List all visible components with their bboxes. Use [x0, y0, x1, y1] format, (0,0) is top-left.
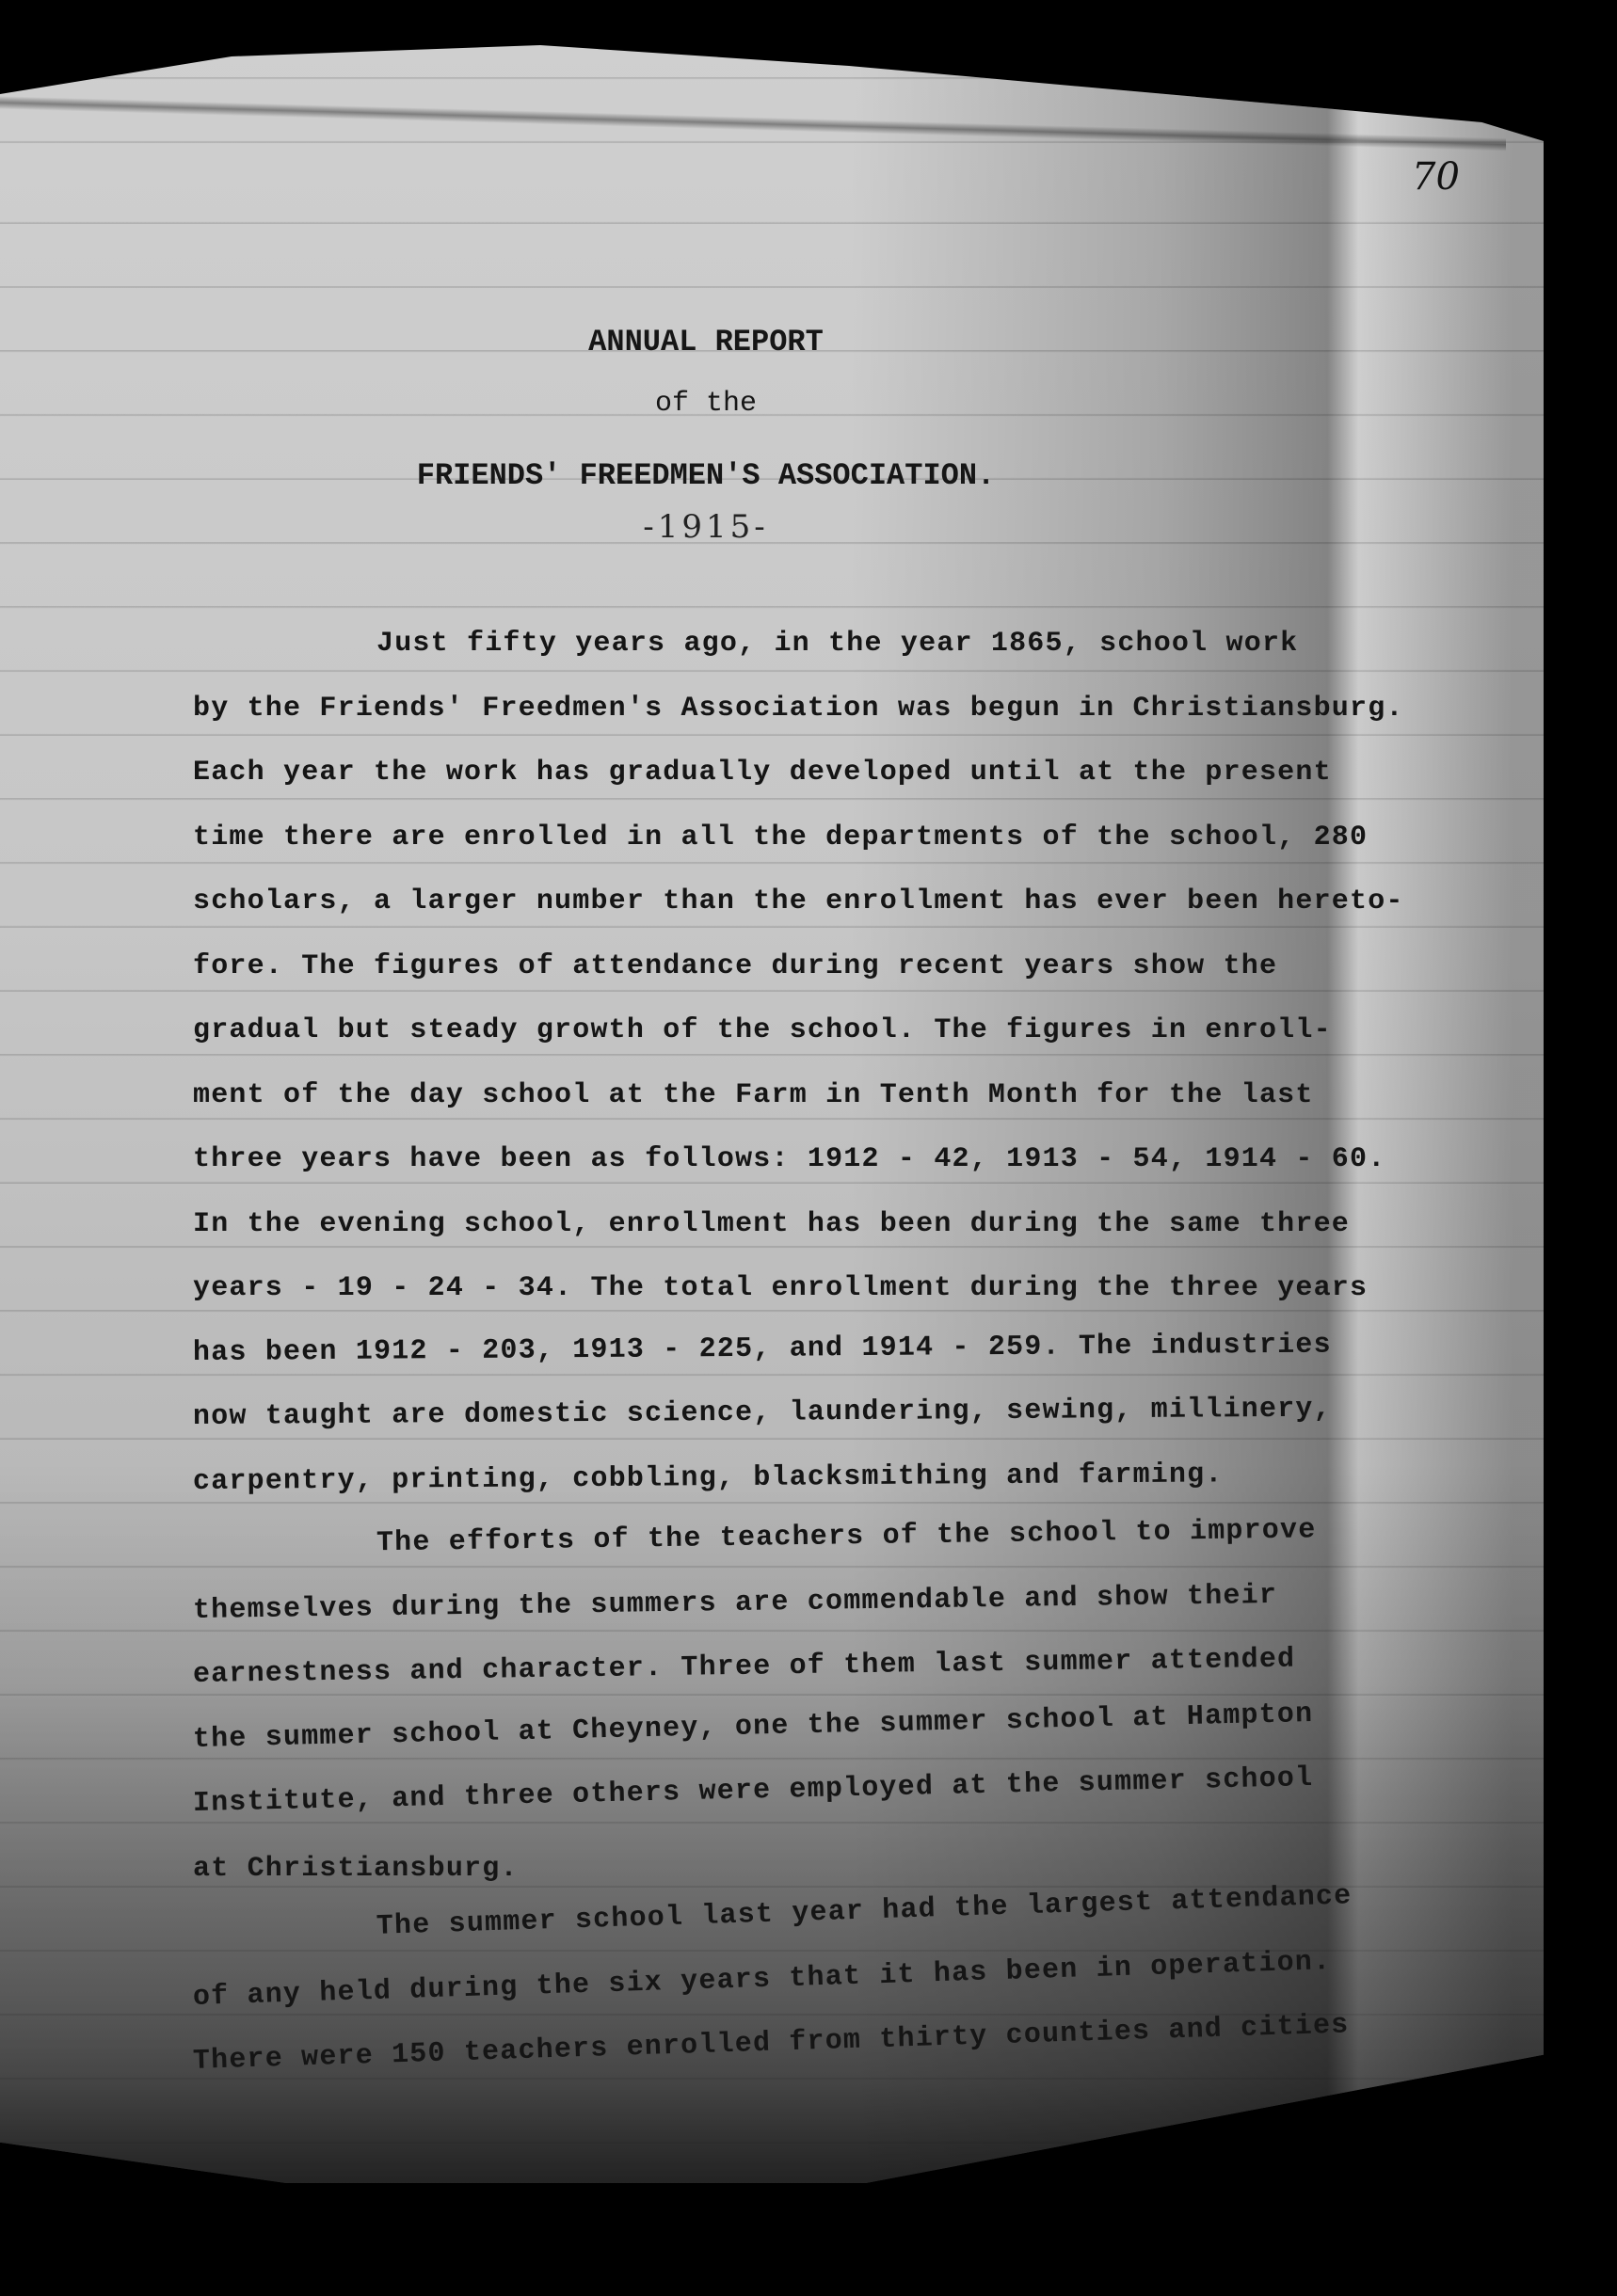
report-body: Just fifty years ago, in the year 1865, … — [193, 612, 1417, 2095]
handwritten-year: -1915- — [0, 508, 1412, 546]
handwritten-page-number: 70 — [1412, 155, 1460, 199]
text-line: ment of the day school at the Farm in Te… — [193, 1063, 1417, 1128]
text-line: by the Friends' Freedmen's Association w… — [193, 677, 1417, 741]
text-line: Just fifty years ago, in the year 1865, … — [193, 612, 1417, 677]
text-line: gradual but steady growth of the school.… — [193, 998, 1417, 1063]
scan-border-bottom — [0, 2183, 1617, 2296]
text-line: time there are enrolled in all the depar… — [193, 805, 1417, 870]
text-line: now taught are domestic science, launder… — [193, 1377, 1417, 1450]
organization-name: FRIENDS' FREEDMEN'S ASSOCIATION. — [0, 458, 1412, 493]
text-line: three years have been as follows: 1912 -… — [193, 1127, 1417, 1192]
text-line: has been 1912 - 203, 1913 - 225, and 191… — [193, 1312, 1417, 1385]
text-line: Each year the work has gradually develop… — [193, 741, 1417, 805]
text-line: In the evening school, enrollment has be… — [193, 1192, 1417, 1257]
report-title: ANNUAL REPORT — [0, 325, 1412, 359]
paragraph-summer-school: The summer school last year had the larg… — [193, 1901, 1417, 2095]
paragraph-enrollment: Just fifty years ago, in the year 1865, … — [193, 612, 1417, 1514]
text-line: scholars, a larger number than the enrol… — [193, 869, 1417, 934]
text-line: years - 19 - 24 - 34. The total enrollme… — [193, 1256, 1417, 1321]
paragraph-teachers: The efforts of the teachers of the schoo… — [193, 1514, 1417, 1901]
text-line: fore. The figures of attendance during r… — [193, 934, 1417, 999]
page-fold-shadow — [0, 96, 1506, 151]
report-title-of-the: of the — [0, 388, 1412, 420]
microfilm-scan-frame: 70 ANNUAL REPORT of the FRIENDS' FREEDME… — [0, 0, 1617, 2296]
